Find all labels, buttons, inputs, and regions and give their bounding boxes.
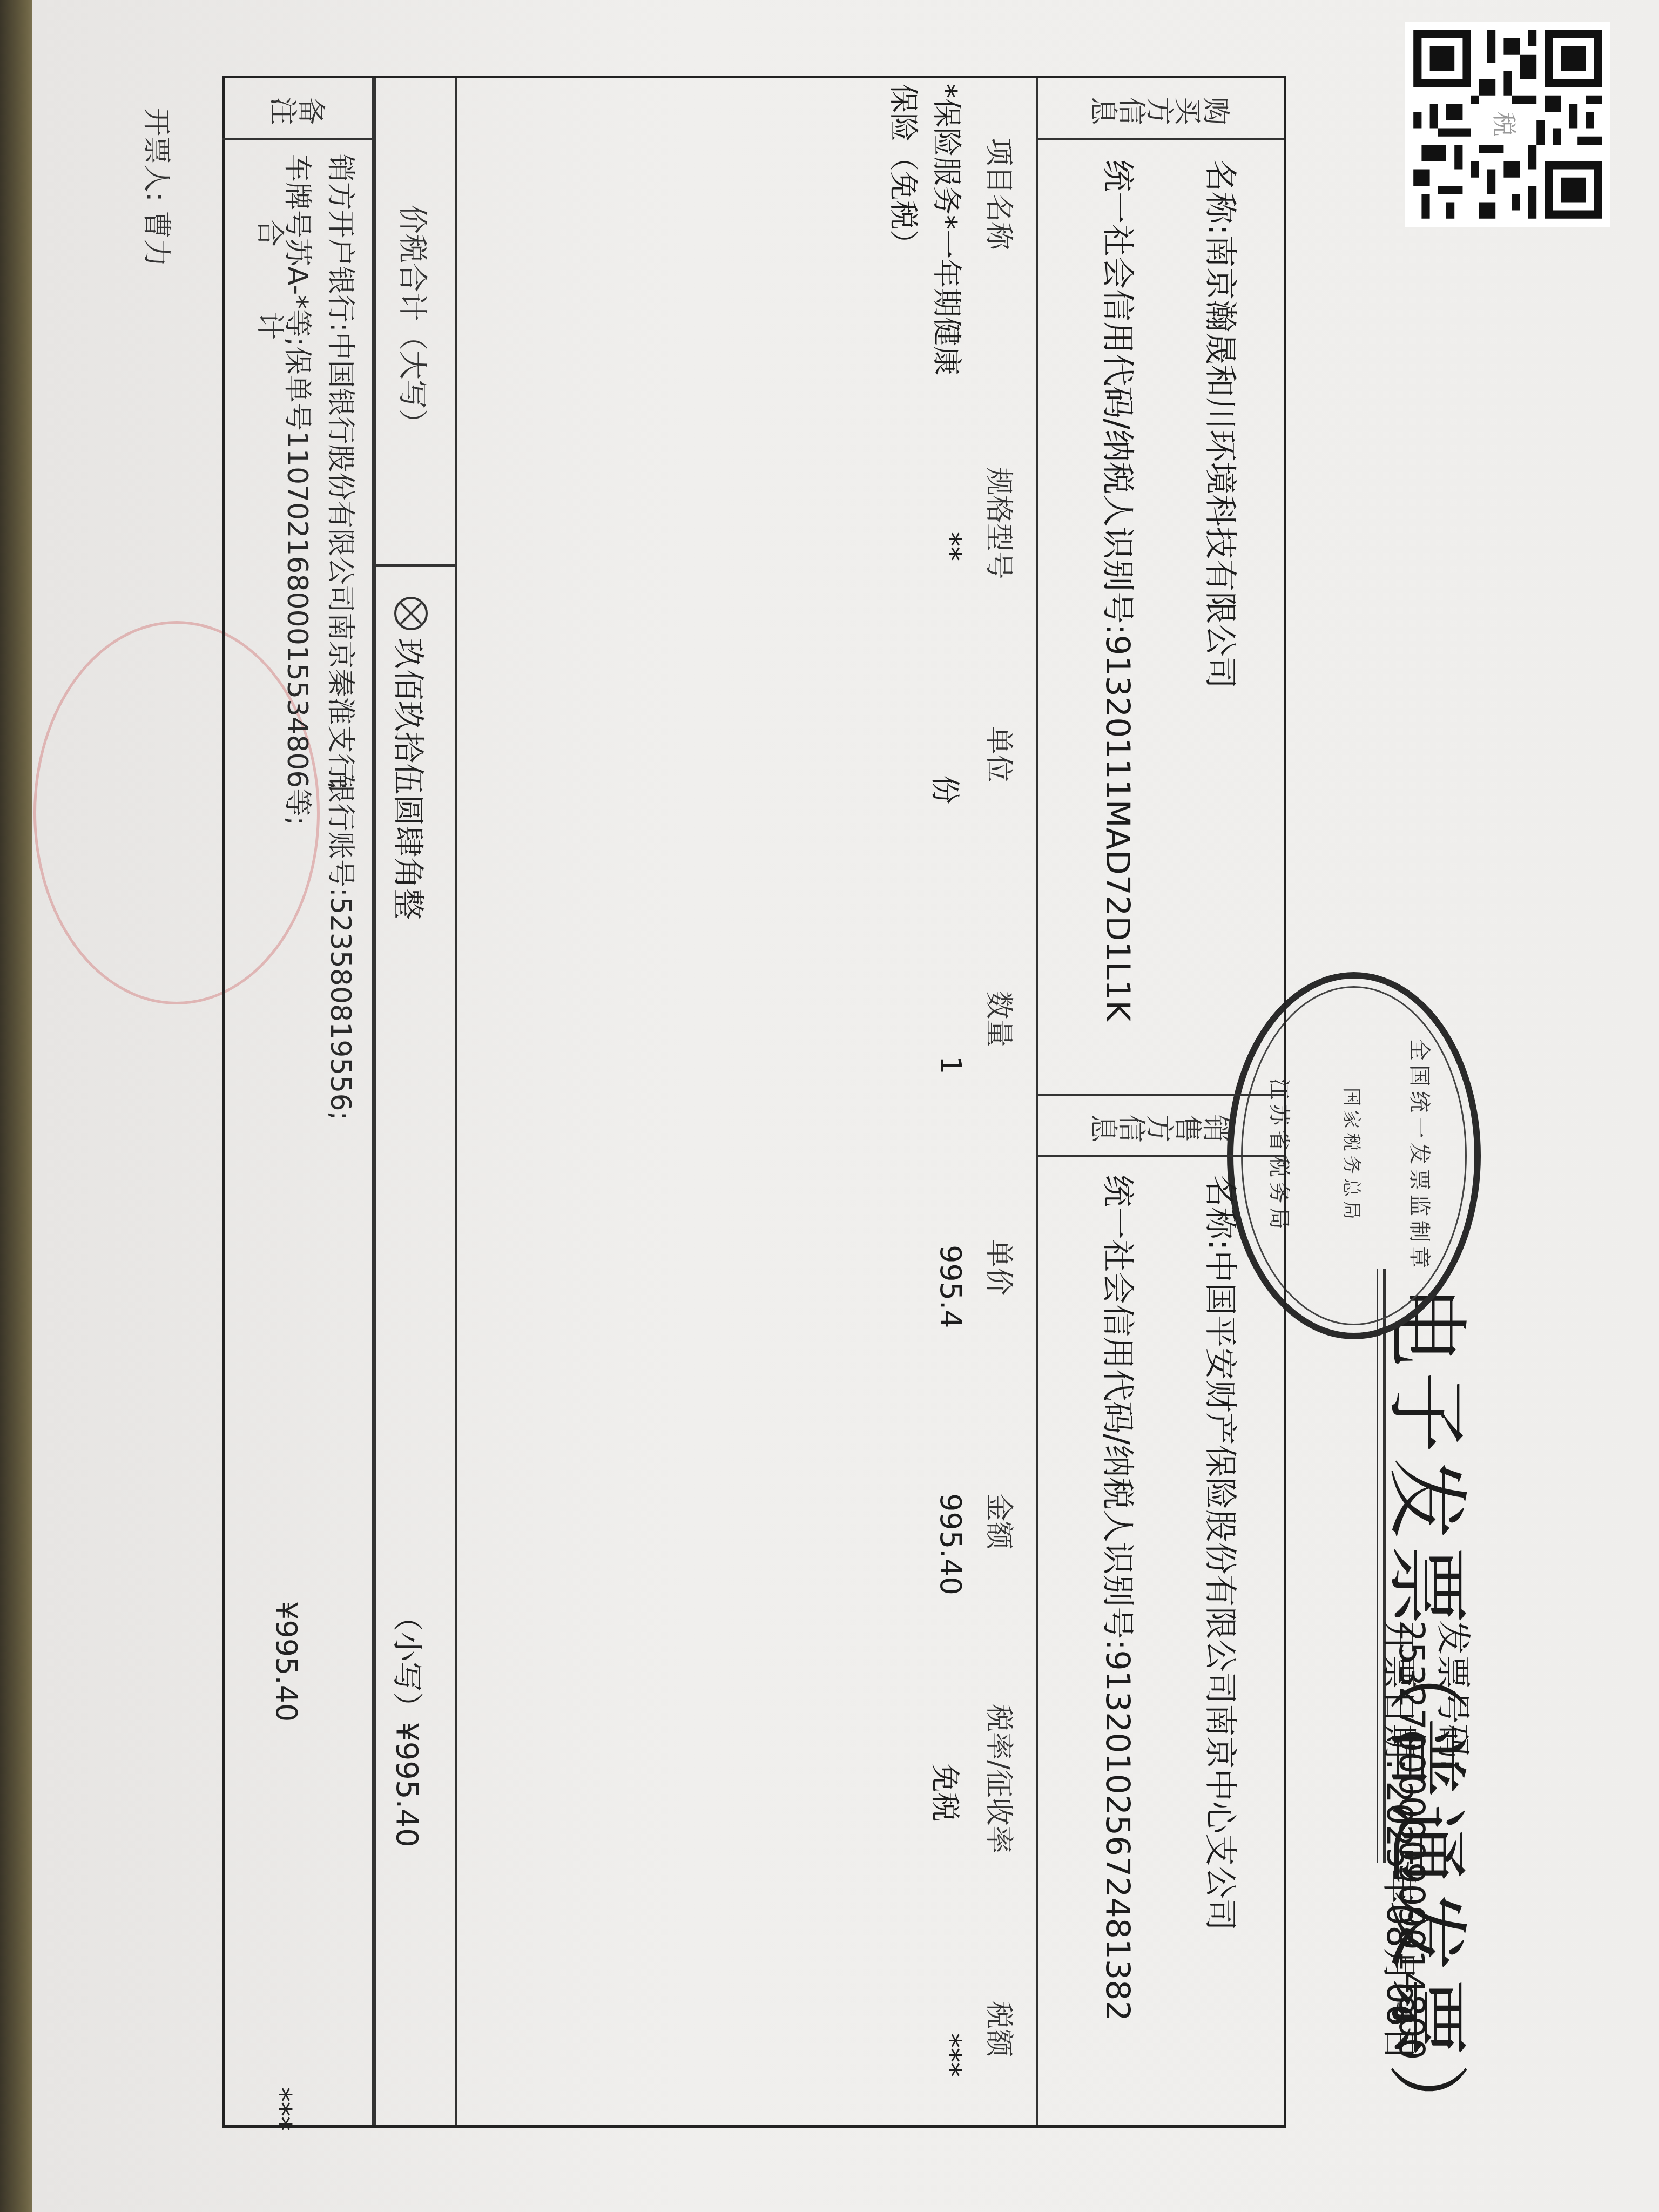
buyer-name-value: 南京瀚晟和川环境科技有限公司 bbox=[1201, 235, 1239, 689]
header-unit-price: 单价 bbox=[981, 1239, 1022, 1296]
item-unit-price: 995.4 bbox=[934, 1245, 968, 1328]
invoice-number-label: 发票号码: bbox=[1433, 1620, 1473, 1770]
invoice-date-label: 开票日期: bbox=[1379, 1620, 1419, 1770]
total-lower-label: （小写） bbox=[389, 1601, 424, 1722]
issuer: 开票人: 曹力 bbox=[139, 108, 179, 267]
invoice-table: 购买方信息 名称:南京瀚晟和川环境科技有限公司 统一社会信用代码/纳税人识别号:… bbox=[222, 76, 1286, 2128]
qr-code: 税 bbox=[1405, 22, 1610, 227]
total-upper-value: 玖佰玖拾伍圆肆角整 bbox=[388, 638, 434, 920]
header-tax: 税额 bbox=[981, 2001, 1022, 2057]
header-spec: 规格型号 bbox=[981, 467, 1022, 579]
buyer-tax-id: 统一社会信用代码/纳税人识别号:91320111MAD72D1L1K bbox=[1097, 159, 1143, 1022]
remark-account: 银行账号:523580819556; bbox=[323, 775, 363, 1121]
seller-name: 名称:中国平安财产保险股份有限公司南京中心支公司 bbox=[1199, 1175, 1246, 1931]
header-quantity: 数量 bbox=[981, 991, 1022, 1047]
seller-section-label: 销售方信息 bbox=[1038, 1094, 1284, 1157]
total-lower-value: ¥995.40 bbox=[389, 1722, 424, 1847]
header-item-name: 项目名称 bbox=[981, 138, 1022, 250]
invoice-date-value: 2025年08月06日 bbox=[1379, 1781, 1419, 2061]
qr-code-icon: 税 bbox=[1405, 22, 1610, 227]
buyer-tax-id-value: 91320111MAD72D1L1K bbox=[1098, 635, 1136, 1021]
header-tax-rate: 税率/征收率 bbox=[981, 1704, 1022, 1854]
buyer-name: 名称:南京瀚晟和川环境科技有限公司 bbox=[1199, 159, 1246, 689]
e-invoice: 税 电子发票（普通发票） 发票号码: 25327000000909014800 … bbox=[32, 0, 1659, 2212]
total-label: 价税合计（大写） bbox=[374, 78, 455, 567]
item-spec: ** bbox=[934, 532, 968, 561]
item-tax-rate: 免税 bbox=[926, 1763, 968, 1822]
remarks-row: 备注 销方开户银行:中国银行股份有限公司南京秦淮支行; 银行账号:5235808… bbox=[222, 78, 376, 2125]
seller-tax-id-label: 统一社会信用代码/纳税人识别号: bbox=[1098, 1175, 1136, 1650]
item-tax: *** bbox=[934, 2033, 968, 2077]
item-name: *保险服务*一年期健康保险（免税） bbox=[881, 84, 968, 386]
remark-bank-label: 销方开户银行: bbox=[324, 154, 356, 332]
total-lower: （小写）¥995.40 bbox=[388, 1601, 431, 1847]
items-section: 项目名称 规格型号 单位 数量 单价 金额 税率/征收率 税额 *保险服务*一年… bbox=[457, 78, 1038, 2125]
parties-row: 购买方信息 名称:南京瀚晟和川环境科技有限公司 统一社会信用代码/纳税人识别号:… bbox=[1036, 78, 1284, 2125]
seller-name-label: 名称: bbox=[1201, 1175, 1239, 1250]
seller-tax-id-value: 91320102567248138​2 bbox=[1098, 1650, 1136, 2021]
remark-bank-value: 中国银行股份有限公司南京秦淮支行; bbox=[324, 332, 356, 791]
buyer-name-label: 名称: bbox=[1201, 159, 1239, 235]
seller-tax-id: 统一社会信用代码/纳税人识别号:91320102567248138​2 bbox=[1097, 1175, 1143, 2021]
issuer-value: 曹力 bbox=[140, 211, 172, 267]
seal-top-text: 全国统一发票监制章 bbox=[1406, 979, 1437, 1333]
buyer-tax-id-label: 统一社会信用代码/纳税人识别号: bbox=[1098, 159, 1136, 635]
issuer-label: 开票人: bbox=[140, 108, 172, 202]
buyer-section-label: 购买方信息 bbox=[1038, 78, 1284, 140]
crossed-circle-icon bbox=[394, 597, 428, 630]
invoice-date: 开票日期: 2025年08月06日 bbox=[1377, 1620, 1427, 2061]
header-unit: 单位 bbox=[981, 726, 1022, 783]
item-unit: 份 bbox=[926, 775, 968, 804]
item-quantity: 1 bbox=[934, 1056, 968, 1074]
item-amount: 995.40 bbox=[934, 1493, 968, 1595]
remark-bank: 销方开户银行:中国银行股份有限公司南京秦淮支行; bbox=[323, 154, 363, 791]
remark-account-value: 523580819556; bbox=[324, 897, 356, 1121]
seal-middle-text: 国家税务总局 bbox=[1340, 979, 1366, 1333]
total-row: 价税合计（大写） 玖佰玖拾伍圆肆角整 （小写）¥995.40 bbox=[372, 78, 457, 2125]
seller-name-value: 中国平安财产保险股份有限公司南京中心支公司 bbox=[1201, 1250, 1239, 1931]
remark-account-label: 银行账号: bbox=[324, 775, 356, 897]
remarks-label: 备注 bbox=[222, 78, 374, 140]
header-amount: 金额 bbox=[981, 1493, 1022, 1549]
svg-text:税: 税 bbox=[1489, 112, 1518, 137]
total-upper: 玖佰玖拾伍圆肆角整 bbox=[388, 597, 434, 920]
remark-plate-policy: 车牌号苏A-*等;保单号11070216800015534806等; bbox=[280, 154, 320, 826]
